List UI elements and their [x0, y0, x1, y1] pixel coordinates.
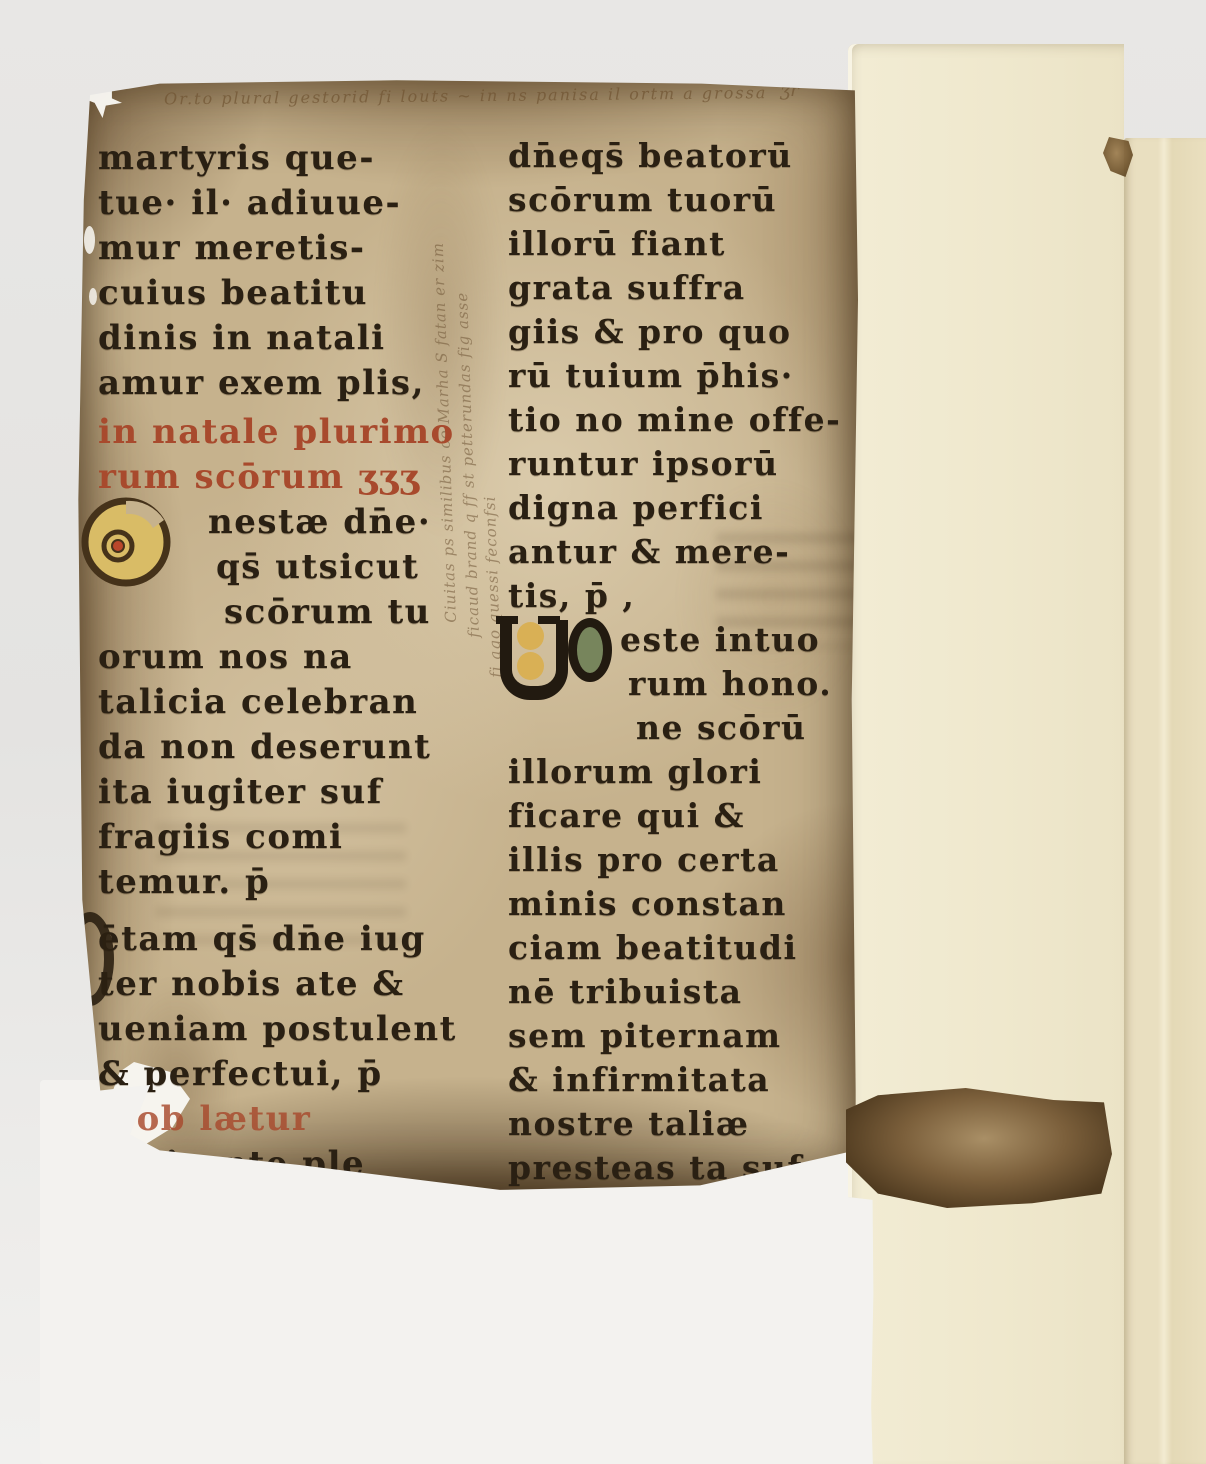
edge-damage-spot — [89, 288, 97, 305]
manuscript-line: dinis in natali — [98, 316, 457, 361]
manuscript-line: sem piternam — [508, 1014, 841, 1058]
initial-u-shape — [500, 620, 568, 700]
manuscript-line: da non deserunt — [98, 725, 457, 770]
text-column-left: martyris que-tue· il· adiuue-mur meretis… — [98, 136, 457, 1187]
manuscript-line: minis constan — [508, 882, 841, 926]
manuscript-line: ne scōrū — [508, 706, 841, 750]
manuscript-line: illorum glori — [508, 750, 841, 794]
manuscript-line: ētam qs̄ dn̄e iug — [98, 917, 457, 962]
partial-margin-initial — [66, 912, 114, 1006]
manuscript-line: giis & pro quo — [508, 310, 841, 354]
manuscript-line: martyris que- — [98, 136, 457, 181]
manuscript-line: & infirmitata — [508, 1058, 841, 1102]
album-right-page — [848, 44, 1124, 1464]
manuscript-line: amur exem plis, — [98, 361, 457, 406]
repair-t-mark — [86, 90, 122, 118]
manuscript-line: illis pro certa — [508, 838, 841, 882]
manuscript-line: orum nos na — [98, 635, 457, 680]
manuscript-line: digna perfici — [508, 486, 841, 530]
manuscript-line: illorū fiant — [508, 222, 841, 266]
manuscript-line: dn̄eqs̄ beatorū — [508, 134, 841, 178]
initial-o-shape — [568, 618, 612, 682]
manuscript-line: talicia celebran — [98, 680, 457, 725]
manuscript-line: nostre taliæ — [508, 1102, 841, 1146]
manuscript-line: fragiis comi — [98, 815, 457, 860]
manuscript-line: nē tribuista — [508, 970, 841, 1014]
manuscript-line: scōrum tu — [98, 590, 457, 635]
manuscript-line: temur. p̄ — [98, 860, 457, 905]
manuscript-line: ter nobis ate & — [98, 962, 457, 1007]
manuscript-line: runtur ipsorū — [508, 442, 841, 486]
initial-serif — [496, 616, 518, 624]
manuscript-line: p ob lætur — [98, 1097, 457, 1142]
manuscript-line: ciam beatitudi — [508, 926, 841, 970]
manuscript-line: mur meretis- — [98, 226, 457, 271]
parchment-leaf: Or.to plural gestorid fi louts ~ in ns p… — [76, 78, 858, 1208]
manuscript-line: in natale plurimo — [98, 410, 457, 455]
top-right-cursive-mark: ʒr — [780, 80, 799, 101]
top-cursive-annotation: Or.to plural gestorid fi louts ~ in ns p… — [164, 83, 814, 109]
spiral-initial — [76, 490, 178, 594]
manuscript-line: ficare qui & — [508, 794, 841, 838]
parchment-bottom-corner — [846, 1088, 1112, 1208]
manuscript-line: ueniam postulent — [98, 1007, 457, 1052]
manuscript-line: grata suffra — [508, 266, 841, 310]
manuscript-line: & perfectui, p̄ — [98, 1052, 457, 1097]
manuscript-line: cuius beatitu — [98, 271, 457, 316]
manuscript-line: rū tuium p̄his· — [508, 354, 841, 398]
album-under-page — [1124, 138, 1206, 1464]
manuscript-line: tio no mine offe- — [508, 398, 841, 442]
manuscript-line: ita iugiter suf — [98, 770, 457, 815]
manuscript-line: tue· il· adiuue- — [98, 181, 457, 226]
edge-damage-spot — [84, 226, 95, 254]
initial-serif — [538, 616, 560, 624]
manuscript-line: antur & mere- — [508, 530, 841, 574]
uo-initial — [496, 610, 608, 706]
manuscript-line: scōrum tuorū — [508, 178, 841, 222]
